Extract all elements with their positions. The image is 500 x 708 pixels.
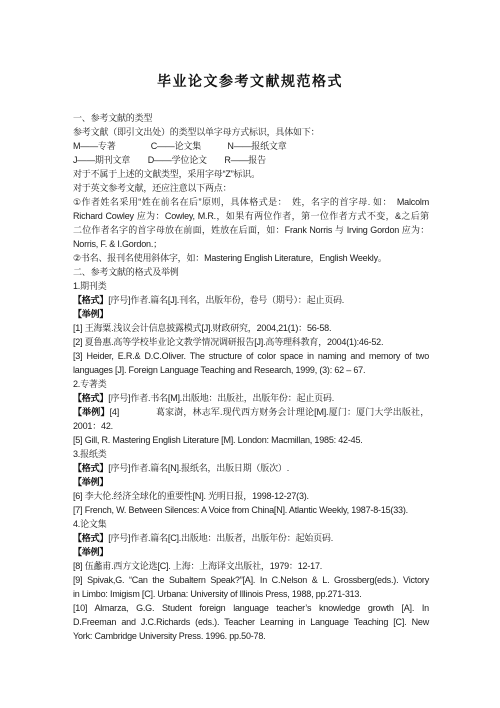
line-text-segment: D.Freeman and J.C.Richards (eds.). Teach…: [73, 617, 429, 627]
line-label-segment: 【格式】: [73, 295, 108, 305]
line-text-segment: 一、参考文献的类型: [73, 113, 152, 123]
document-line: 4.论文集: [73, 517, 429, 531]
document-line: 【举例】: [73, 307, 429, 321]
line-label-segment: 【举例】: [73, 309, 108, 319]
line-text-segment: in Limbo: Imigism [C]. Urbana: Universit…: [73, 589, 362, 599]
document-line: 二、参考文献的格式及举例: [73, 265, 429, 279]
line-text-segment: 对于不属于上述的文献类型，采用字母“Z”标识。: [73, 169, 260, 179]
line-text-segment: languages [J]. Foreign Language Teaching…: [73, 365, 365, 375]
line-text-segment: [9] Spivak,G. “Can the Subaltern Speak?”…: [73, 575, 429, 585]
document-line: languages [J]. Foreign Language Teaching…: [73, 363, 429, 377]
document-line: ①作者姓名采用“姓在前名在后”原则，具体格式是： 姓，名字的首字母. 如： Ma…: [73, 195, 429, 209]
document-line: 2.专著类: [73, 377, 429, 391]
document-line: 2001：42.: [73, 419, 429, 433]
document-line: [1] 王海粟.浅议会计信息披露模式[J].财政研究，2004,21(1)：56…: [73, 321, 429, 335]
line-text-segment: [1] 王海粟.浅议会计信息披露模式[J].财政研究，2004,21(1)：56…: [73, 323, 331, 333]
document-line: York: Cambridge University Press. 1996. …: [73, 629, 429, 643]
line-label-segment: 【格式】: [73, 533, 108, 543]
line-text-segment: [7] French, W. Between Silences: A Voice…: [73, 505, 408, 515]
line-label-segment: 【举例】: [73, 477, 108, 487]
line-label-segment: 【举例】: [73, 547, 108, 557]
line-label-segment: 【格式】: [73, 463, 108, 473]
document-line: 对于英文参考文献，还应注意以下两点：: [73, 181, 429, 195]
document-line: 【举例】: [73, 545, 429, 559]
document-line: Richard Cowley 应为：Cowley, M.R.，如果有两位作者，第…: [73, 209, 429, 223]
document-line: in Limbo: Imigism [C]. Urbana: Universit…: [73, 587, 429, 601]
document-line: [7] French, W. Between Silences: A Voice…: [73, 503, 429, 517]
document-line: [9] Spivak,G. “Can the Subaltern Speak?”…: [73, 573, 429, 587]
line-text-segment: [序号]作者.篇名[C].出版地：出版者，出版年份：起始页码.: [108, 533, 333, 543]
document-body: 一、参考文献的类型参考文献（即引文出处）的类型以单字母方式标识，具体如下：M——…: [73, 111, 429, 643]
line-text-segment: ①作者姓名采用“姓在前名在后”原则，具体格式是： 姓，名字的首字母. 如： Ma…: [73, 197, 429, 207]
line-text-segment: J——期刊文章 D——学位论文 R——报告: [73, 155, 266, 165]
document-line: 【格式】[序号]作者.篇名[C].出版地：出版者，出版年份：起始页码.: [73, 531, 429, 545]
line-text-segment: [序号]作者.书名[M].出版地：出版社，出版年份：起止页码.: [108, 393, 334, 403]
document-line: Norris, F. & I.Gordon.；: [73, 237, 429, 251]
document-line: 【举例】[4] 葛家澍，林志军.现代西方财务会计理论[M].厦门：厦门大学出版社…: [73, 405, 429, 419]
line-text-segment: 2.专著类: [73, 379, 107, 389]
document-line: 对于不属于上述的文献类型，采用字母“Z”标识。: [73, 167, 429, 181]
line-text-segment: [8] 伍蠡甫.西方文论选[C]. 上海：上海译文出版社，1979：12-17.: [73, 561, 322, 571]
line-label-segment: 【格式】: [73, 393, 108, 403]
line-text-segment: 2001：42.: [73, 421, 113, 431]
document-line: 【格式】[序号]作者.篇名[N].报纸名，出版日期（版次）.: [73, 461, 429, 475]
line-text-segment: [2] 夏鲁惠.高等学校毕业论文教学情况调研报告[J].高等理科教育，2004(…: [73, 337, 383, 347]
document-line: 二位作者名字的首字母放在前面，姓放在后面，如：Frank Norris 与 Ir…: [73, 223, 429, 237]
line-text-segment: Norris, F. & I.Gordon.；: [73, 239, 162, 249]
document-line: [10] Almarza, G.G. Student foreign langu…: [73, 601, 429, 615]
document-line: 3.报纸类: [73, 447, 429, 461]
line-text-segment: York: Cambridge University Press. 1996. …: [73, 631, 265, 641]
document-line: 【格式】[序号]作者.书名[M].出版地：出版社，出版年份：起止页码.: [73, 391, 429, 405]
line-text-segment: [序号]作者.篇名[N].报纸名，出版日期（版次）.: [108, 463, 289, 473]
line-text-segment: [4] 葛家澍，林志军.现代西方财务会计理论[M].厦门：厦门大学出版社，: [110, 407, 429, 417]
line-text-segment: 二位作者名字的首字母放在前面，姓放在后面，如：Frank Norris 与 Ir…: [73, 225, 429, 235]
line-text-segment: 参考文献（即引文出处）的类型以单字母方式标识，具体如下：: [73, 127, 319, 137]
document-line: [6] 李大伦.经济全球化的重要性[N]. 光明日报，1998-12-27(3)…: [73, 489, 429, 503]
line-text-segment: M——专著 C——论文集 N——报纸文章: [73, 141, 287, 151]
line-label-segment: 【举例】: [73, 407, 110, 417]
document-page: 毕业论文参考文献规范格式 一、参考文献的类型参考文献（即引文出处）的类型以单字母…: [0, 0, 500, 708]
line-text-segment: [5] Gill, R. Mastering English Literatur…: [73, 435, 363, 445]
document-line: 参考文献（即引文出处）的类型以单字母方式标识，具体如下：: [73, 125, 429, 139]
line-text-segment: [10] Almarza, G.G. Student foreign langu…: [73, 603, 429, 613]
document-line: [5] Gill, R. Mastering English Literatur…: [73, 433, 429, 447]
document-line: 1.期刊类: [73, 279, 429, 293]
document-line: 一、参考文献的类型: [73, 111, 429, 125]
document-line: 【举例】: [73, 475, 429, 489]
document-line: [8] 伍蠡甫.西方文论选[C]. 上海：上海译文出版社，1979：12-17.: [73, 559, 429, 573]
document-line: [3] Heider, E.R.& D.C.Oliver. The struct…: [73, 349, 429, 363]
line-text-segment: Richard Cowley 应为：Cowley, M.R.，如果有两位作者，第…: [73, 211, 429, 221]
line-text-segment: 二、参考文献的格式及举例: [73, 267, 179, 277]
line-text-segment: 1.期刊类: [73, 281, 107, 291]
line-text-segment: ②书名、报刊名使用斜体字，如：Mastering English Literat…: [73, 253, 387, 263]
document-line: M——专著 C——论文集 N——报纸文章: [73, 139, 429, 153]
document-line: D.Freeman and J.C.Richards (eds.). Teach…: [73, 615, 429, 629]
line-text-segment: [序号]作者.篇名[J].刊名，出版年份，卷号（期号）：起止页码.: [108, 295, 344, 305]
line-text-segment: [3] Heider, E.R.& D.C.Oliver. The struct…: [73, 351, 429, 361]
document-line: J——期刊文章 D——学位论文 R——报告: [73, 153, 429, 167]
line-text-segment: 对于英文参考文献，还应注意以下两点：: [73, 183, 231, 193]
line-text-segment: 4.论文集: [73, 519, 107, 529]
document-line: ②书名、报刊名使用斜体字，如：Mastering English Literat…: [73, 251, 429, 265]
document-line: [2] 夏鲁惠.高等学校毕业论文教学情况调研报告[J].高等理科教育，2004(…: [73, 335, 429, 349]
document-line: 【格式】[序号]作者.篇名[J].刊名，出版年份，卷号（期号）：起止页码.: [73, 293, 429, 307]
line-text-segment: 3.报纸类: [73, 449, 107, 459]
page-title: 毕业论文参考文献规范格式: [0, 71, 500, 91]
line-text-segment: [6] 李大伦.经济全球化的重要性[N]. 光明日报，1998-12-27(3)…: [73, 491, 309, 501]
